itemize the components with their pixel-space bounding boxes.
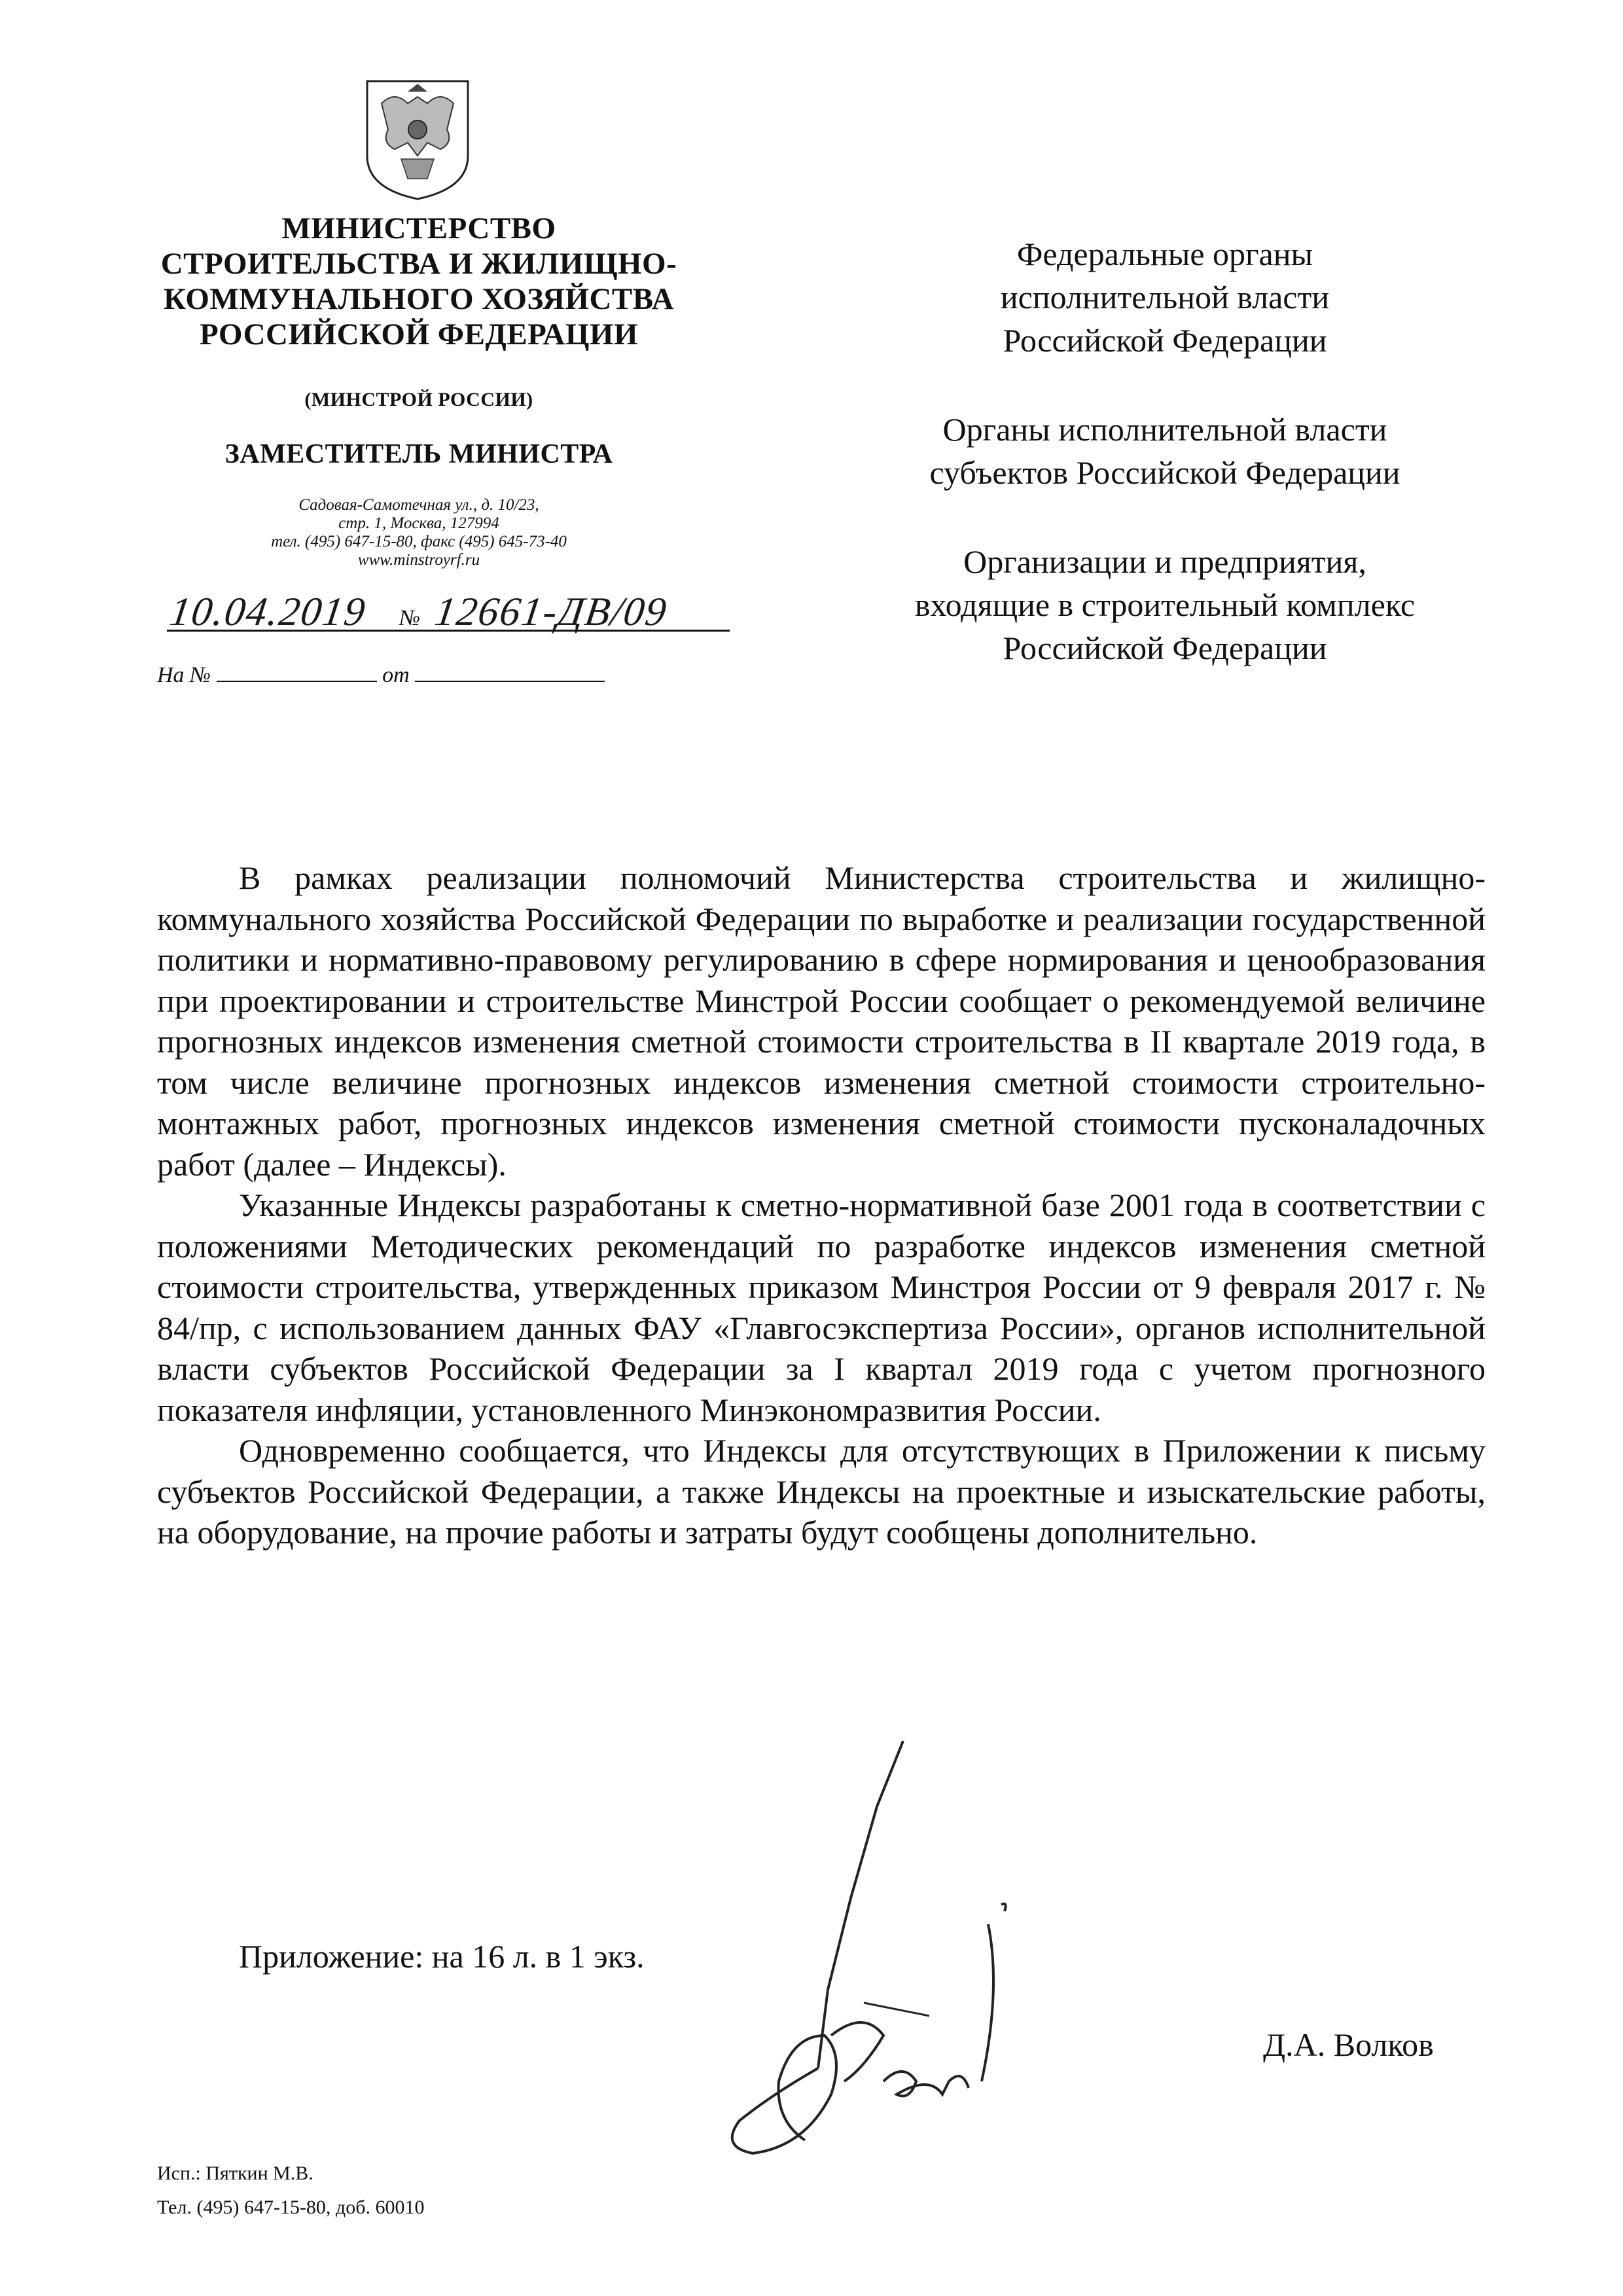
from-label: от [382,663,410,687]
reference-line: На № от [157,661,605,688]
registration-number: 12661-ДВ/09 [432,589,670,636]
ministry-website: www.minstroyrf.ru [151,551,687,569]
letterhead: МИНИСТЕРСТВО СТРОИТЕЛЬСТВА И ЖИЛИЩНО- КО… [151,211,687,569]
addressee-line: Федеральные органы [838,232,1492,276]
attachment-note: Приложение: на 16 л. в 1 экз. [239,1937,645,1975]
body-paragraph: Указанные Индексы разработаны к сметно-н… [157,1185,1486,1430]
coat-of-arms-icon [362,77,473,202]
ministry-line: КОММУНАЛЬНОГО ХОЗЯЙСТВА [151,281,687,317]
body-paragraph: Одновременно сообщается, что Индексы для… [157,1430,1486,1553]
address-line: Садовая-Самотечная ул., д. 10/23, [151,496,687,514]
reference-label: На № [157,663,211,687]
letter-body: В рамках реализации полномочий Министерс… [157,857,1486,1553]
addressee-organizations: Организации и предприятия, входящие в ст… [838,540,1492,670]
addressee-list: Федеральные органы исполнительной власти… [838,232,1492,715]
ministry-line: МИНИСТЕРСТВО [151,211,687,246]
ministry-address: Садовая-Самотечная ул., д. 10/23, стр. 1… [151,496,687,569]
addressee-federal: Федеральные органы исполнительной власти… [838,232,1492,362]
addressee-line: Российской Федерации [838,626,1492,670]
body-paragraph: В рамках реализации полномочий Министерс… [157,857,1486,1185]
signer-name: Д.А. Волков [1263,2026,1434,2064]
ministry-short-name: (МИНСТРОЙ РОССИИ) [151,389,687,411]
addressee-line: входящие в строительный комплекс [838,583,1492,626]
signer-position: ЗАМЕСТИТЕЛЬ МИНИСТРА [151,439,687,470]
executor-name: Исп.: Пяткин М.В. [157,2157,424,2191]
ministry-name: МИНИСТЕРСТВО СТРОИТЕЛЬСТВА И ЖИЛИЩНО- КО… [151,211,687,352]
address-line: стр. 1, Москва, 127994 [151,514,687,533]
addressee-line: Органы исполнительной власти [838,408,1492,451]
address-line: тел. (495) 647-15-80, факс (495) 645-73-… [151,533,687,551]
ministry-line: СТРОИТЕЛЬСТВА И ЖИЛИЩНО- [151,246,687,281]
addressee-line: Российской Федерации [838,319,1492,362]
ministry-line: РОССИЙСКОЙ ФЕДЕРАЦИИ [151,317,687,352]
registration-line: 10.04.2019 № 12661-ДВ/09 [157,589,733,635]
addressee-line: Организации и предприятия, [838,540,1492,583]
registration-number-label: № [399,606,420,631]
executor-phone: Тел. (495) 647-15-80, доб. 60010 [157,2191,424,2225]
registration-date: 10.04.2019 [167,589,369,636]
addressee-line: субъектов Российской Федерации [838,451,1492,494]
addressee-line: исполнительной власти [838,276,1492,319]
addressee-regional: Органы исполнительной власти субъектов Р… [838,408,1492,494]
handwritten-signature-icon [713,1728,1041,2173]
reference-number-blank [217,661,377,682]
registration-underline [167,630,730,632]
reference-date-blank [415,661,605,682]
executor-info: Исп.: Пяткин М.В. Тел. (495) 647-15-80, … [157,2157,424,2225]
